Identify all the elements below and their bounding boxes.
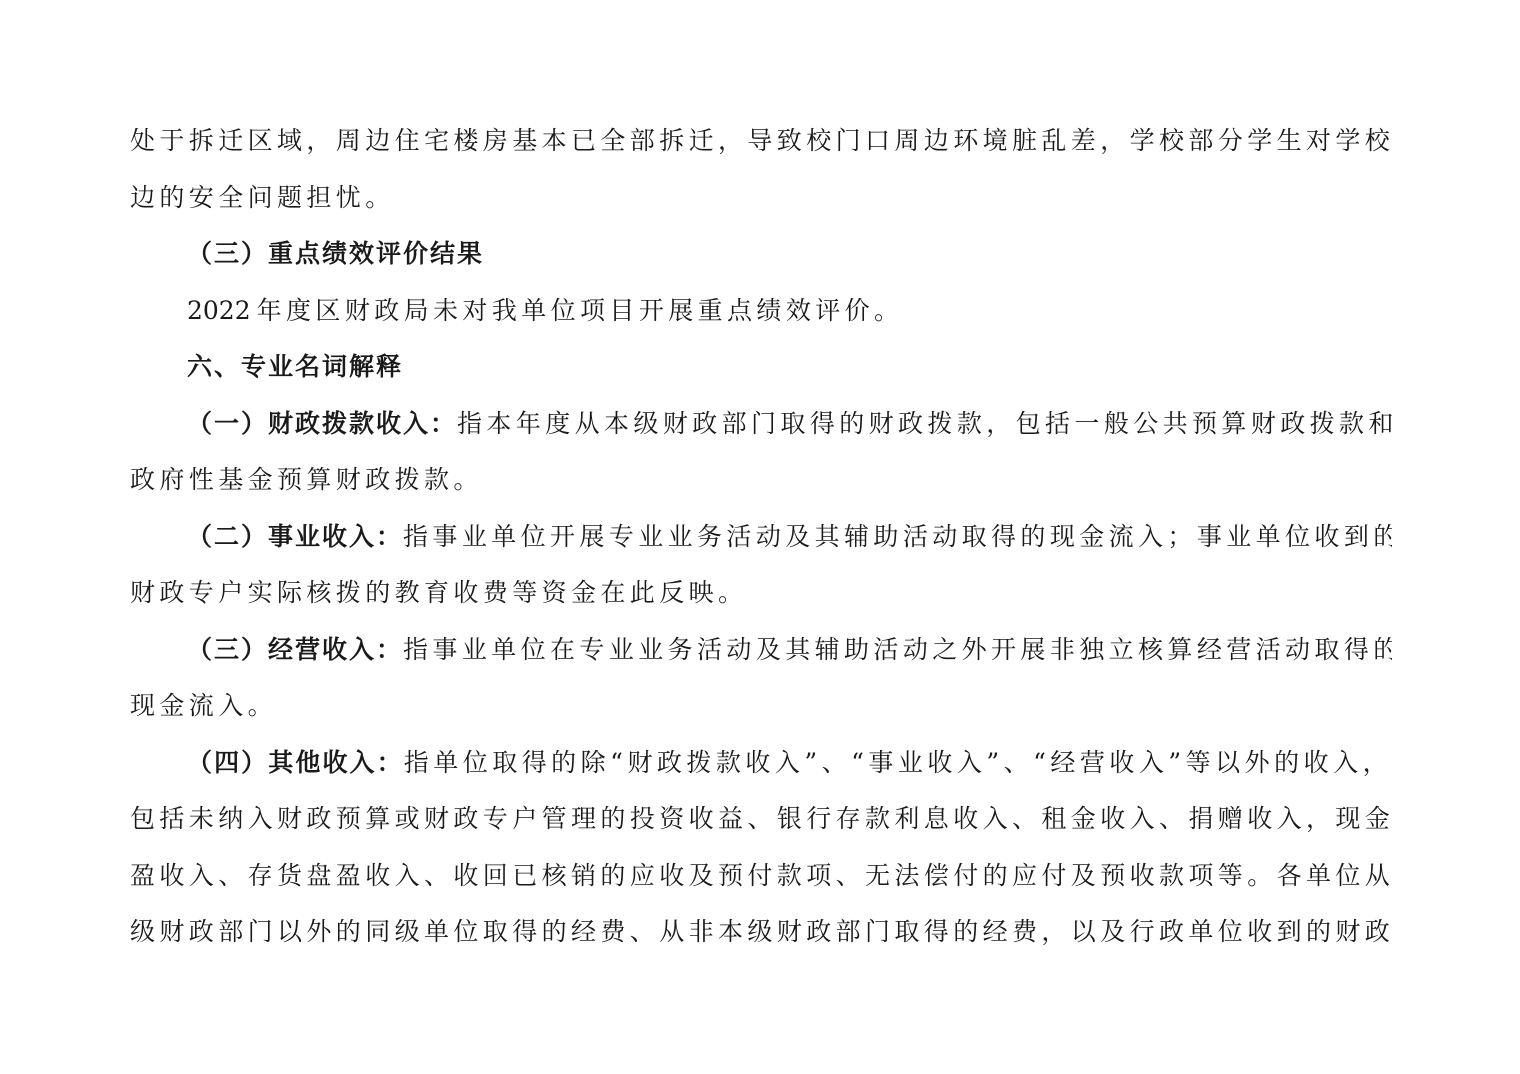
- paragraph-text: 年度区财政局未对我单位项目开展重点绩效评价。: [257, 296, 904, 325]
- term-definition-line: （三）经营收入：指事业单位在专业业务活动及其辅助活动之外开展非独立核算经营活动取…: [130, 627, 1392, 684]
- year-value: 2022: [187, 296, 251, 325]
- term-label: （三）经营收入：: [187, 635, 403, 664]
- term-text: 指单位取得的除“财政拨款收入”、“事业收入”、“经营收入”等以外的收入，: [404, 748, 1392, 777]
- term-label: （一）财政拨款收入：: [187, 409, 457, 438]
- paragraph-line: 现金流入。: [130, 683, 1392, 740]
- paragraph-line: 财政专户实际核拨的教育收费等资金在此反映。: [130, 570, 1392, 627]
- paragraph-line: 级财政部门以外的同级单位取得的经费、从非本级财政部门取得的经费，以及行政单位收到…: [130, 909, 1392, 966]
- term-text: 指事业单位开展专业业务活动及其辅助活动取得的现金流入；事业单位收到的: [403, 522, 1392, 551]
- term-text: 指本年度从本级财政部门取得的财政拨款，包括一般公共预算财政拨款和: [457, 409, 1392, 438]
- subsection-heading: （三）重点绩效评价结果: [130, 231, 1392, 288]
- paragraph-line: 处于拆迁区域，周边住宅楼房基本已全部拆迁，导致校门口周边环境脏乱差，学校部分学生…: [130, 118, 1392, 175]
- paragraph-line: 盈收入、存货盘盈收入、收回已核销的应收及预付款项、无法偿付的应付及预收款项等。各…: [130, 853, 1392, 910]
- term-label: （四）其他收入：: [187, 748, 404, 777]
- term-text: 指事业单位在专业业务活动及其辅助活动之外开展非独立核算经营活动取得的: [403, 635, 1392, 664]
- document-page: 处于拆迁区域，周边住宅楼房基本已全部拆迁，导致校门口周边环境脏乱差，学校部分学生…: [130, 118, 1392, 966]
- term-definition-line: （一）财政拨款收入：指本年度从本级财政部门取得的财政拨款，包括一般公共预算财政拨…: [130, 401, 1392, 458]
- paragraph-line: 2022年度区财政局未对我单位项目开展重点绩效评价。: [130, 288, 1392, 345]
- paragraph-line: 包括未纳入财政预算或财政专户管理的投资收益、银行存款利息收入、租金收入、捐赠收入…: [130, 796, 1392, 853]
- term-definition-line: （二）事业收入：指事业单位开展专业业务活动及其辅助活动取得的现金流入；事业单位收…: [130, 514, 1392, 571]
- section-heading: 六、专业名词解释: [130, 344, 1392, 401]
- paragraph-line: 边的安全问题担忧。: [130, 175, 1392, 232]
- term-label: （二）事业收入：: [187, 522, 403, 551]
- paragraph-line: 政府性基金预算财政拨款。: [130, 457, 1392, 514]
- term-definition-line: （四）其他收入：指单位取得的除“财政拨款收入”、“事业收入”、“经营收入”等以外…: [130, 740, 1392, 797]
